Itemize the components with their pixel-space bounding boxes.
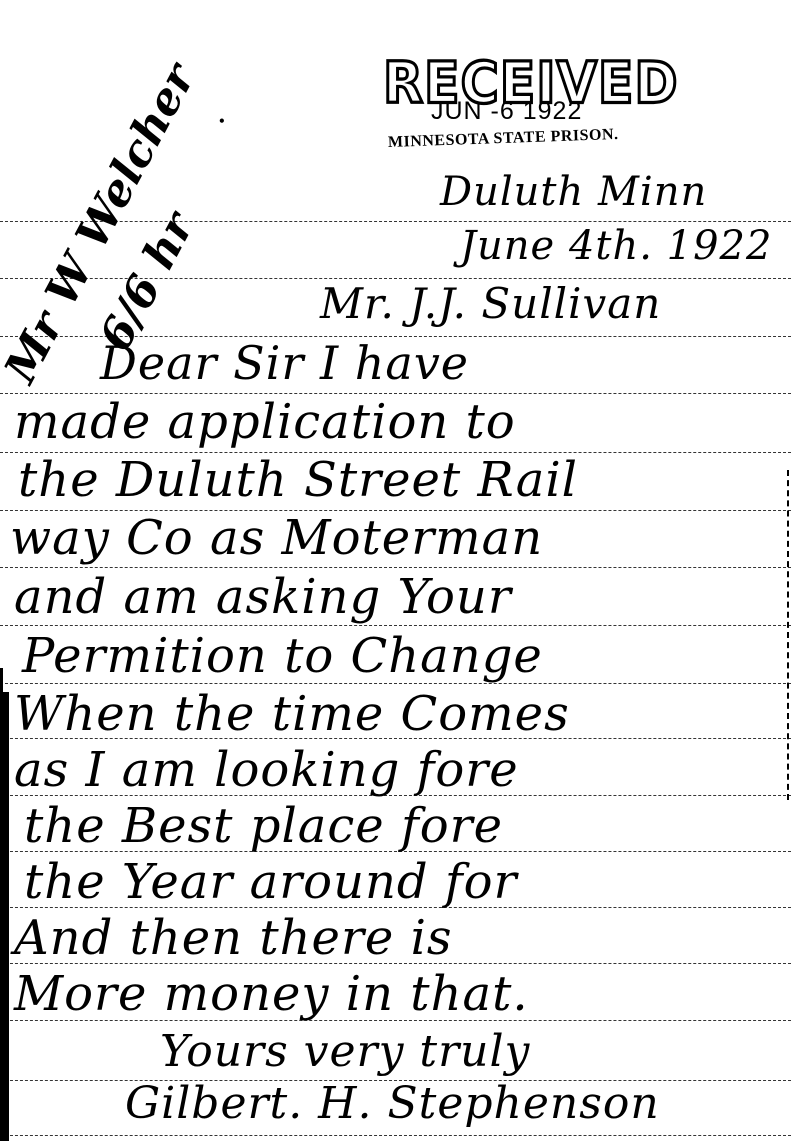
body-line: way Co as Moterman <box>10 514 543 562</box>
body-line: the Year around for <box>24 858 518 906</box>
scan-edge <box>0 692 9 1141</box>
body-line: and am asking Your <box>14 573 512 621</box>
body-line: as I am looking fore <box>14 746 519 794</box>
scan-edge-right <box>787 470 791 800</box>
letter-place: Duluth Minn <box>440 172 707 212</box>
body-line: the Best place fore <box>24 802 503 850</box>
letter-date: June 4th. 1922 <box>460 226 772 266</box>
stamp-date: JUN -6 1922 <box>431 99 582 124</box>
body-line: More money in that. <box>14 970 529 1018</box>
body-line: made application to <box>14 398 516 446</box>
ruled-line <box>0 1135 791 1136</box>
body-line: And then there is <box>14 914 453 962</box>
body-line: Permition to Change <box>22 632 543 680</box>
letter-page: RECEIVED JUN -6 1922 MINNESOTA STATE PRI… <box>0 0 791 1141</box>
body-line: Dear Sir I have <box>100 340 469 386</box>
scan-edge <box>0 668 3 692</box>
ruled-line <box>0 567 791 568</box>
ruled-line <box>0 625 791 626</box>
body-line: When the time Comes <box>14 690 570 738</box>
body-line: the Duluth Street Rail <box>18 456 578 504</box>
received-stamp: RECEIVED JUN -6 1922 MINNESOTA STATE PRI… <box>383 55 643 170</box>
letter-closing: Yours very truly <box>160 1030 530 1074</box>
stamp-institution: MINNESOTA STATE PRISON. <box>388 127 619 151</box>
letter-signature: Gilbert. H. Stephenson <box>125 1082 660 1126</box>
ink-mark: • <box>218 114 226 128</box>
letter-addressee: Mr. J.J. Sullivan <box>320 283 661 325</box>
